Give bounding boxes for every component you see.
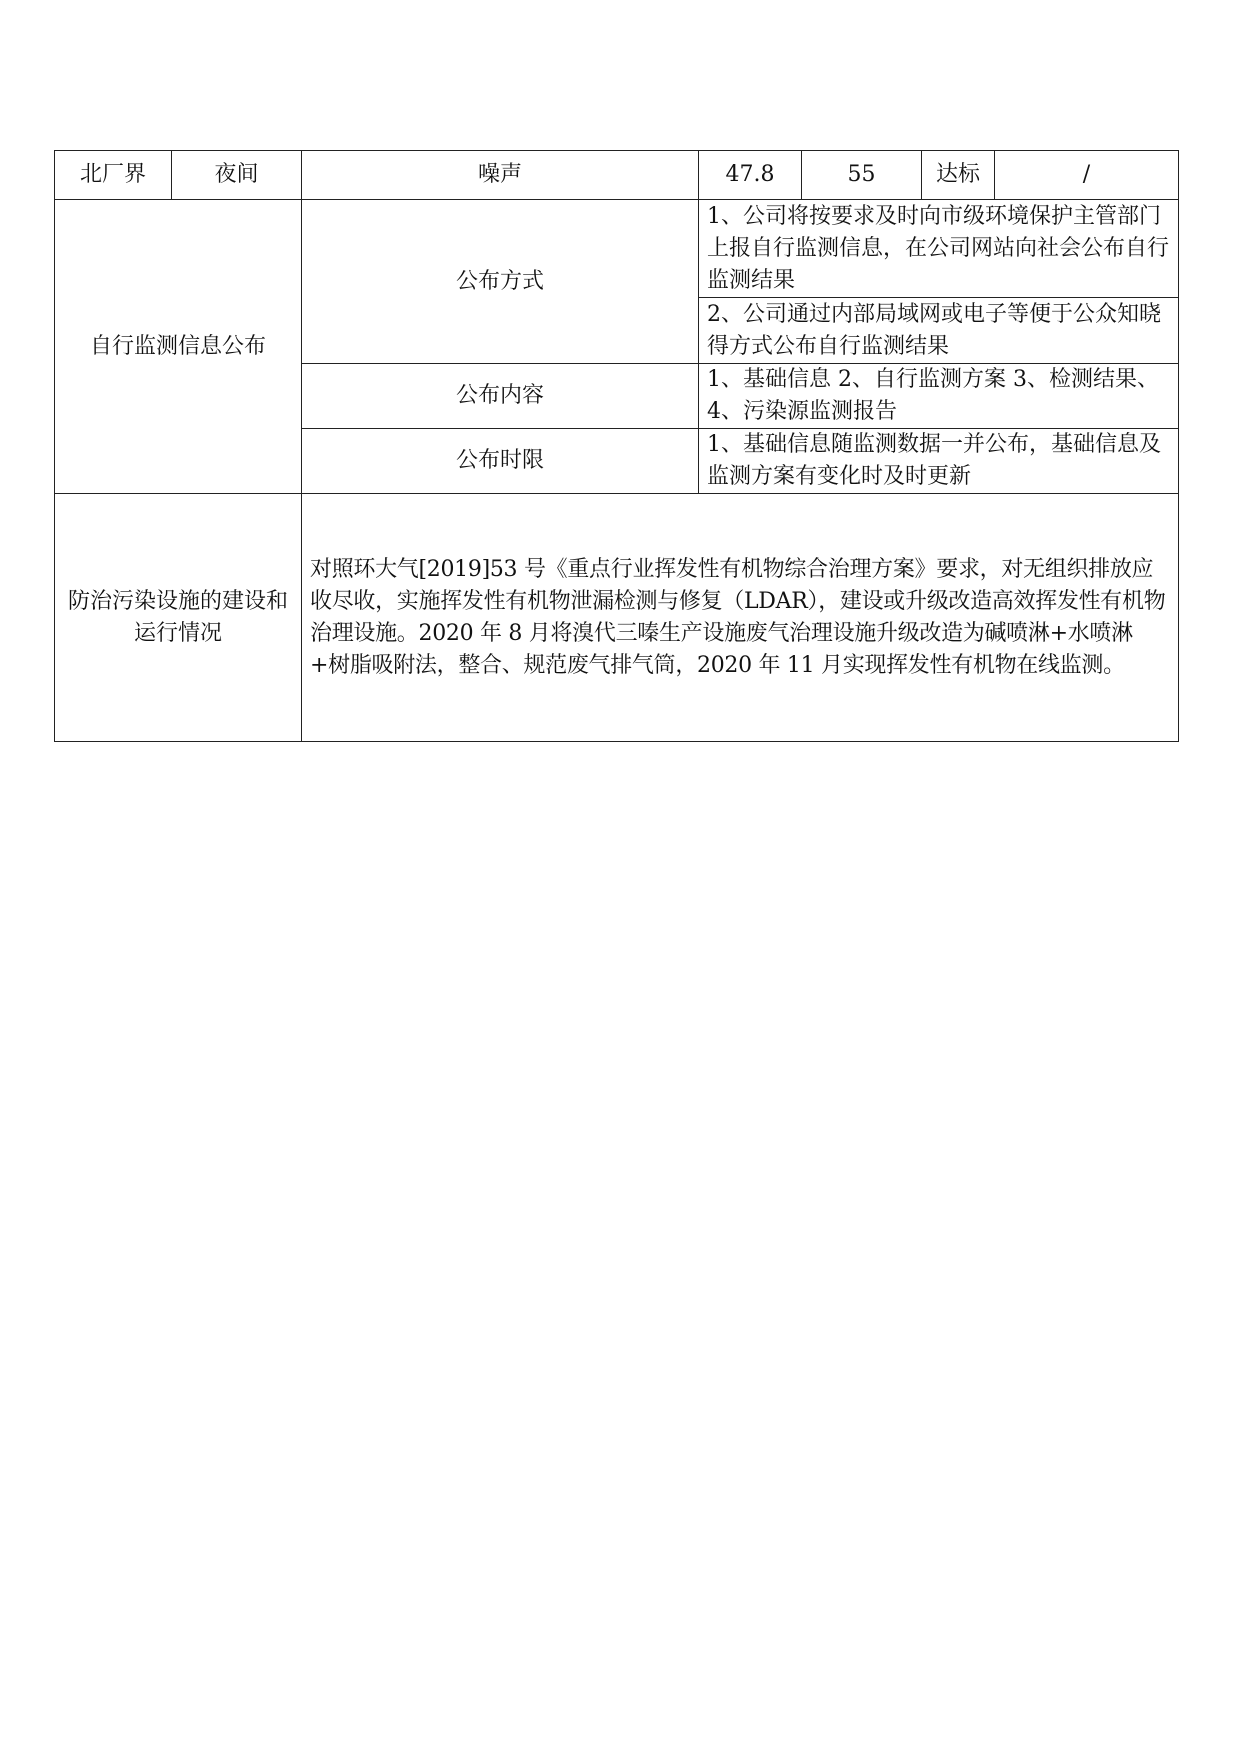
publish-deadline-text: 1、基础信息随监测数据一并公布，基础信息及监测方案有变化时及时更新: [699, 429, 1179, 494]
location-cell: 北厂界: [55, 151, 172, 200]
monitoring-table: 北厂界 夜间 噪声 47.8 55 达标 / 自行监测信息公布 公布方式 1、公…: [54, 150, 1179, 742]
item-cell: 噪声: [302, 151, 699, 200]
noise-row: 北厂界 夜间 噪声 47.8 55 达标 /: [55, 151, 1179, 200]
publish-content-text: 1、基础信息 2、自行监测方案 3、检测结果、4、污染源监测报告: [699, 364, 1179, 429]
publish-method-row-1: 自行监测信息公布 公布方式 1、公司将按要求及时向市级环境保护主管部门上报自行监…: [55, 200, 1179, 298]
facilities-title: 防治污染设施的建设和运行情况: [55, 494, 302, 742]
facilities-text: 对照环大气[2019]53 号《重点行业挥发性有机物综合治理方案》要求，对无组织…: [302, 494, 1179, 742]
limit-value-cell: 55: [802, 151, 922, 200]
facilities-row: 防治污染设施的建设和运行情况 对照环大气[2019]53 号《重点行业挥发性有机…: [55, 494, 1179, 742]
publish-content-label: 公布内容: [302, 364, 699, 429]
publish-method-label: 公布方式: [302, 200, 699, 364]
publish-method-item-1: 1、公司将按要求及时向市级环境保护主管部门上报自行监测信息，在公司网站向社会公布…: [699, 200, 1179, 298]
measured-value-cell: 47.8: [699, 151, 802, 200]
publish-method-item-2: 2、公司通过内部局域网或电子等便于公众知晓得方式公布自行监测结果: [699, 298, 1179, 364]
period-cell: 夜间: [172, 151, 302, 200]
publish-deadline-label: 公布时限: [302, 429, 699, 494]
self-monitoring-title: 自行监测信息公布: [55, 200, 302, 494]
result-cell: 达标: [922, 151, 995, 200]
remark-cell: /: [995, 151, 1179, 200]
